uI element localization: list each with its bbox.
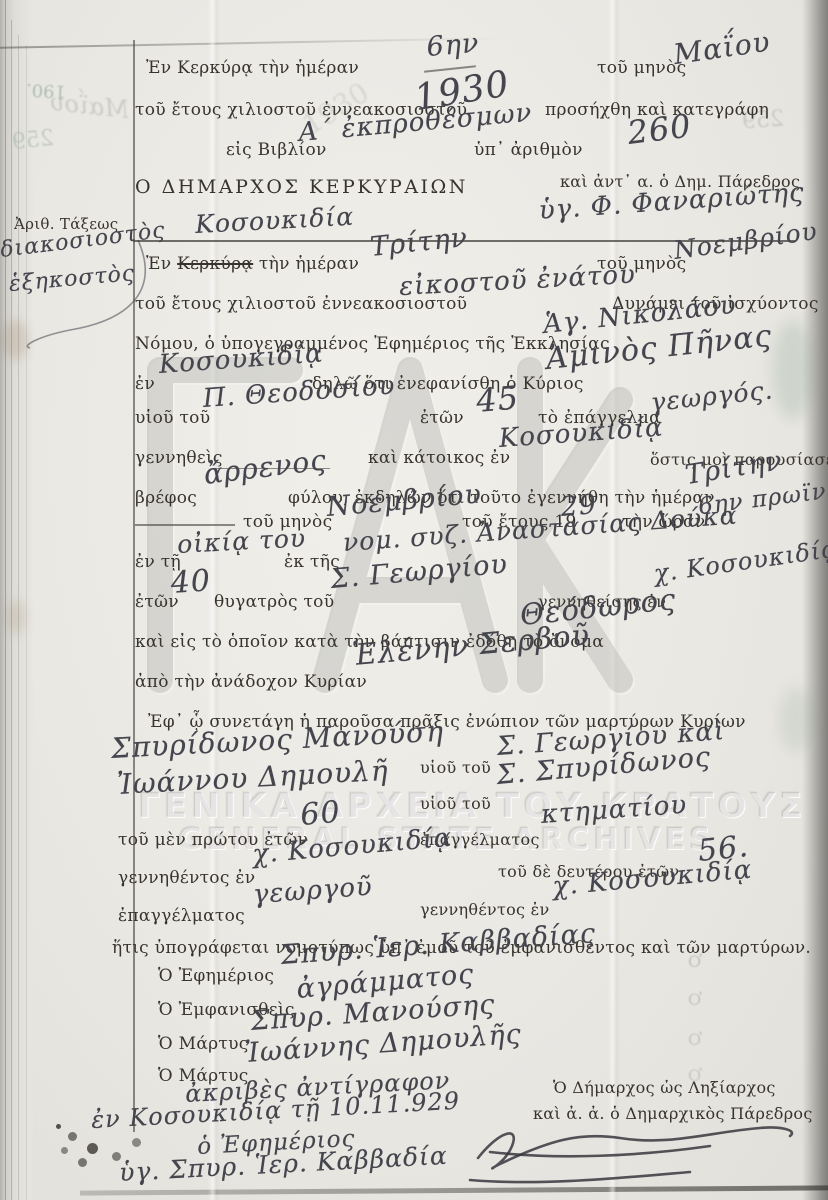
reg-day-handwritten: 6ην <box>425 28 480 63</box>
mayor-as-registrar-line: Ὁ Δήμαρχος ὡς Ληξίαρχος <box>553 1078 776 1097</box>
act-day-handwritten: Τρίτην <box>369 222 470 263</box>
witness1-born-label: γεννηθέντος ἐν <box>118 868 255 888</box>
mayor-of-corfu-title: Ο ΔΗΜΑΡΧΟΣ ΚΕΡΚΥΡΑΙΩΝ <box>135 176 468 198</box>
witness2-occupation-label: ἐπαγγέλματος <box>118 906 245 926</box>
ghost-month-script: Μαΐου <box>49 88 131 124</box>
ghost-ledger-o-3: Ὁ <box>688 1030 702 1049</box>
ink-smudge-cluster <box>56 1124 61 1129</box>
act-month-handwritten: Νοεμβρίου <box>672 216 819 265</box>
act-declarant-age: 45 <box>475 378 521 420</box>
reg-number-handwritten: 260 <box>625 106 693 152</box>
witness1-son-of-label: υἱοῦ τοῦ <box>420 758 491 777</box>
act-line1-cont: τὴν ἡμέραν <box>259 254 359 274</box>
act-line7-pre-printed: βρέφος <box>135 488 197 508</box>
reg-number-label: ὑπ᾽ ἀριθμὸν <box>474 140 583 160</box>
act-struck-kerkyra: Κερκύρᾳ <box>177 254 253 274</box>
mayor-signature <box>460 1112 820 1192</box>
reg-line1-printed: Ἐν Κερκύρᾳ τὴν ἡμέραν <box>146 58 359 78</box>
act-line12-printed: ἀπὸ τὴν ἀνάδοχον Κυρίαν <box>135 672 367 692</box>
witness1-signature-label: Ὁ Μάρτυς <box>158 1034 249 1054</box>
act-line6-mid-printed: καὶ κάτοικος ἐν <box>368 448 510 468</box>
ghost-stamp-blob-1 <box>772 320 814 420</box>
act-declarant-occupation: γεωργός. <box>649 375 775 417</box>
right-scan-edge <box>802 0 828 1200</box>
act-line5-pre-printed: υἱοῦ τοῦ <box>135 408 210 428</box>
scanned-birth-register-page: ΓΕΝΙΚΑ ΑΡΧΕΙΑ ΤΟΥ ΚΡΑΤΟΥΣ GENERAL STATE … <box>0 0 828 1200</box>
act-line8-blank <box>135 524 235 526</box>
act-line1-printed: Ἐν Κερκύρᾳ τὴν ἡμέραν <box>146 254 359 274</box>
act-line10-mid1-printed: θυγατρὸς τοῦ <box>214 592 334 612</box>
page-stack-line-1 <box>5 0 6 1200</box>
act-line1-pre: Ἐν <box>146 254 171 274</box>
reg-month-handwritten: Μαΐου <box>671 25 772 71</box>
left-margin-rule <box>133 40 135 1132</box>
ghost-number-left: 259 <box>11 126 55 155</box>
witness2-occupation: γεωργοῦ <box>252 872 374 910</box>
witness1-age: 60 <box>299 795 342 833</box>
ghost-ledger-o-2: Ὁ <box>688 990 702 1009</box>
priest-label: Ὁ Ἐφημέριος <box>158 966 274 986</box>
foxing-spot-2 <box>6 600 26 634</box>
act-line4-pre-printed: ἐν <box>135 374 155 394</box>
act-age-label: ἐτῶν <box>420 408 464 428</box>
reg-month-label: τοῦ μηνὸς <box>597 58 686 78</box>
witness2-son-of-label: υἱοῦ τοῦ <box>420 794 491 813</box>
ghost-stamp-blob-2 <box>780 688 814 752</box>
witness2-born-label: γεννηθέντος ἐν <box>420 900 550 919</box>
act-mother-age: 40 <box>170 563 213 601</box>
